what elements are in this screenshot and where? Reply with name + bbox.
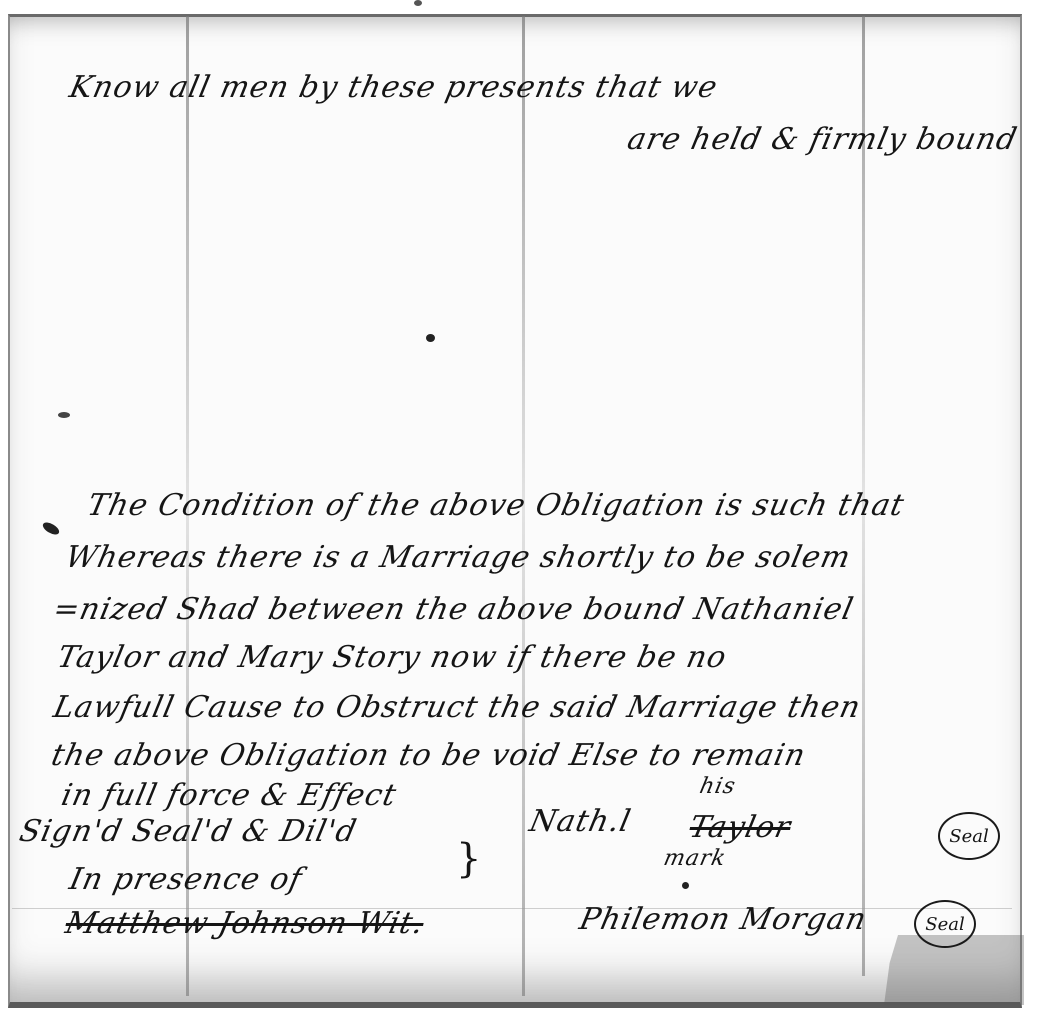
- ink-blot: [682, 882, 689, 889]
- condition-line-1: The Condition of the above Obligation is…: [84, 488, 907, 523]
- condition-line-5: Lawfull Cause to Obstruct the said Marri…: [50, 690, 864, 725]
- in-presence-of: In presence of: [66, 862, 305, 897]
- witness-signature: Matthew Johnson Wit.: [62, 906, 427, 941]
- condition-line-4: Taylor and Mary Story now if there be no: [54, 640, 730, 675]
- seal-2: Seal: [914, 900, 976, 948]
- signed-sealed-delivered: Sign'd Seal'd & Dil'd: [16, 814, 360, 849]
- brace-mark: }: [456, 836, 481, 882]
- signer-2-name: Philemon Morgan: [576, 902, 870, 937]
- ink-blot: [414, 0, 422, 6]
- ink-blot: [58, 412, 70, 418]
- signer-1-first-name: Nath.l: [526, 804, 634, 839]
- ink-blot: [426, 334, 435, 342]
- condition-line-2: Whereas there is a Marriage shortly to b…: [62, 540, 854, 575]
- seal-1: Seal: [938, 812, 1000, 860]
- condition-line-6: the above Obligation to be void Else to …: [48, 738, 809, 773]
- signer-1-last-name: Taylor: [686, 810, 794, 845]
- signer-1-mark: mark: [661, 846, 728, 871]
- preamble-line-2: are held & firmly bound: [624, 122, 1020, 157]
- condition-line-7: in full force & Effect: [58, 778, 400, 813]
- condition-line-3: =nized Shad between the above bound Nath…: [50, 592, 857, 627]
- signer-1-his: his: [697, 774, 738, 799]
- preamble-line-1: Know all men by these presents that we: [66, 70, 721, 105]
